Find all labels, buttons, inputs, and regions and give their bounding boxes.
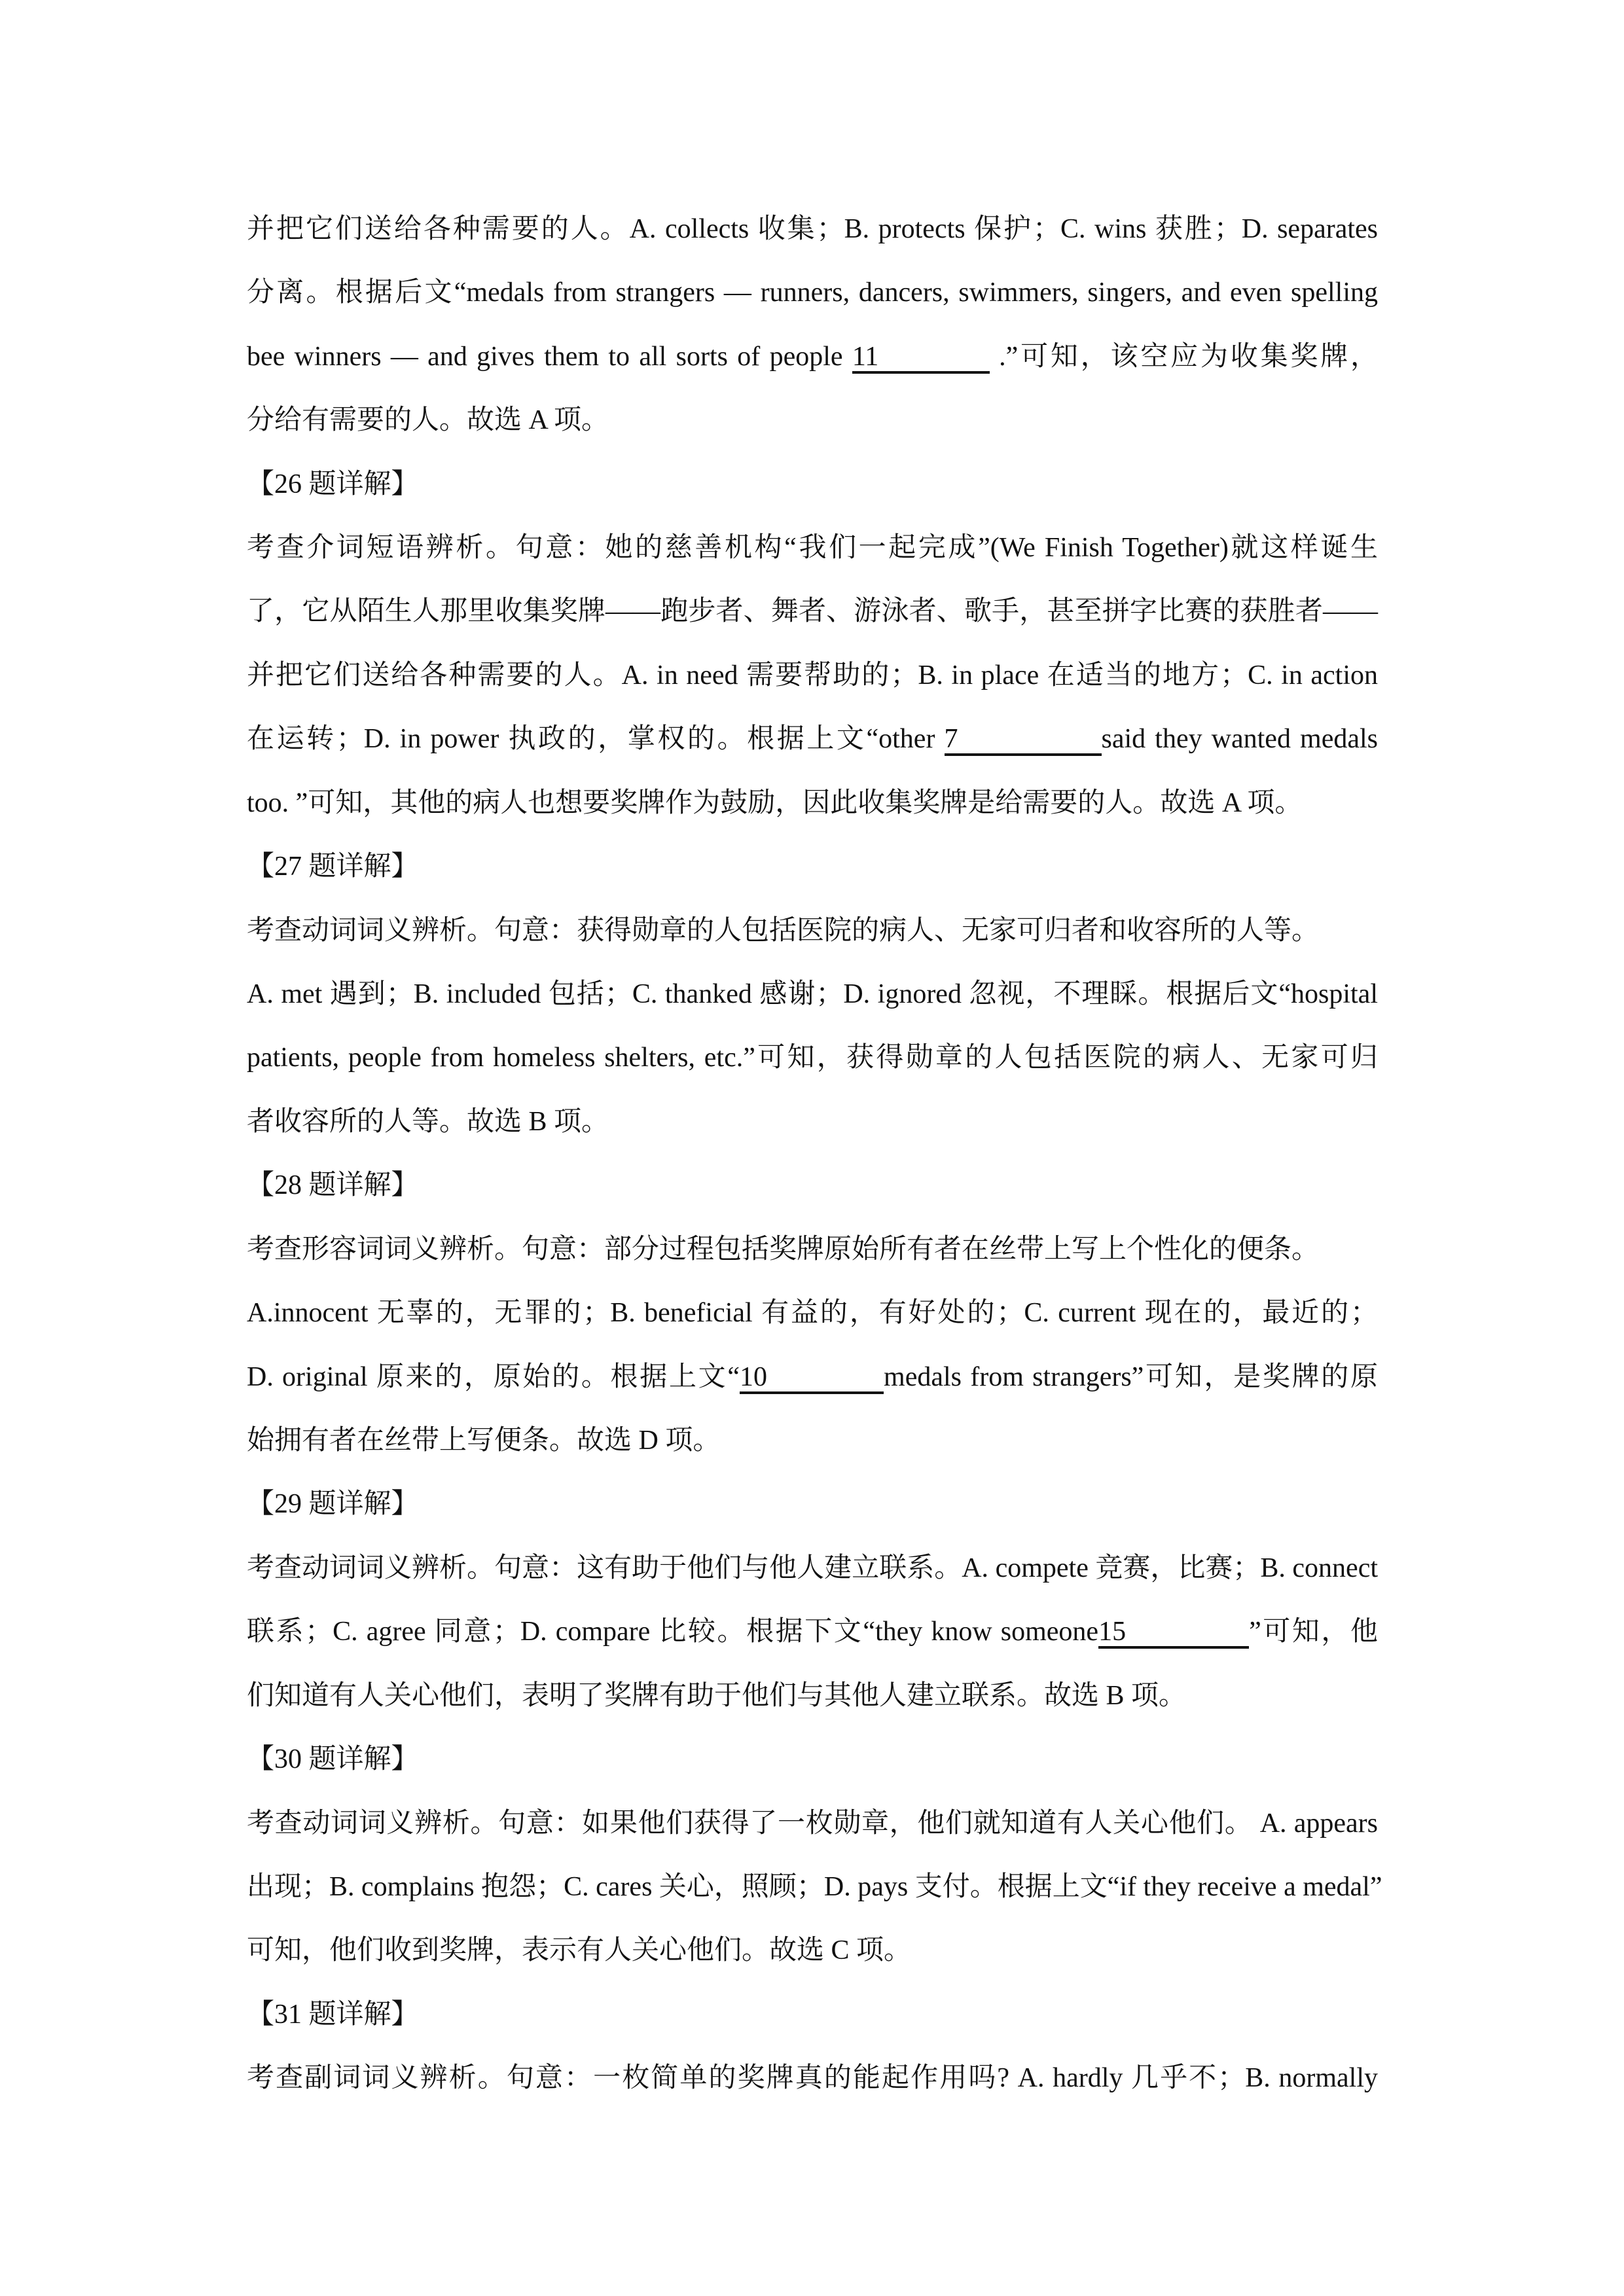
text-line: D. original 原来的，原始的。根据上文“10medals from s…: [247, 1346, 1378, 1409]
text-line: 们知道有人关心他们，表明了奖牌有助于他们与其他人建立联系。故选 B 项。: [247, 1664, 1378, 1728]
text-line: 在运转；D. in power 执政的，掌权的。根据上文“other 7said…: [247, 708, 1378, 771]
text-line: 分离。根据后文“medals from strangers — runners,…: [247, 261, 1378, 325]
line-text: 联系；C. agree 同意；D. compare 比较。根据下文“they k…: [247, 1617, 1098, 1647]
section-heading: 【30 题详解】: [247, 1728, 1378, 1791]
section-heading: 【31 题详解】: [247, 1983, 1378, 2047]
line-text: ”可知，他: [1249, 1617, 1378, 1647]
text-line: bee winners — and gives them to all sort…: [247, 325, 1378, 389]
text-line: 分给有需要的人。故选 A 项。: [247, 389, 1378, 452]
blank-number: 7: [945, 725, 1102, 756]
line-text: 可知，他们收到奖牌，表示有人关心他们。故选 C 项。: [247, 1935, 911, 1965]
text-line: A.innocent 无辜的，无罪的；B. beneficial 有益的，有好处…: [247, 1282, 1378, 1345]
line-text: 考查动词词义辨析。句意：如果他们获得了一枚勋章，他们就知道有人关心他们。 A. …: [247, 1808, 1378, 1839]
line-text: 在运转；D. in power 执政的，掌权的。根据上文“other: [247, 724, 945, 754]
text-line: too. ”可知，其他的病人也想要奖牌作为鼓励，因此收集奖牌是给需要的人。故选 …: [247, 772, 1378, 835]
line-text: 出现；B. complains 抱怨；C. cares 关心，照顾；D. pay…: [247, 1872, 1382, 1902]
line-text: 考查介词短语辨析。句意：她的慈善机构“我们一起完成”(We Finish Tog…: [247, 533, 1378, 563]
line-text: patients, people from homeless shelters,…: [247, 1043, 1378, 1073]
line-text: 并把它们送给各种需要的人。A. in need 需要帮助的；B. in plac…: [247, 660, 1378, 691]
text-line: 考查介词短语辨析。句意：她的慈善机构“我们一起完成”(We Finish Tog…: [247, 516, 1378, 580]
line-text: 分离。根据后文“medals from strangers — runners,…: [247, 278, 1378, 308]
text-line: 联系；C. agree 同意；D. compare 比较。根据下文“they k…: [247, 1600, 1378, 1664]
text-line: 考查动词词义辨析。句意：这有助于他们与他人建立联系。A. compete 竞赛，…: [247, 1537, 1378, 1600]
section-heading: 【29 题详解】: [247, 1473, 1378, 1536]
text-line: 并把它们送给各种需要的人。A. in need 需要帮助的；B. in plac…: [247, 644, 1378, 708]
line-text: 考查形容词词义辨析。句意：部分过程包括奖牌原始所有者在丝带上写上个性化的便条。: [247, 1234, 1319, 1265]
heading-text: 【28 题详解】: [247, 1170, 419, 1200]
heading-text: 【31 题详解】: [247, 2000, 419, 2030]
section-heading: 【26 题详解】: [247, 453, 1378, 516]
line-text: 始拥有者在丝带上写便条。故选 D 项。: [247, 1426, 720, 1456]
line-text: medals from strangers”可知，是奖牌的原: [884, 1362, 1378, 1392]
line-text: 们知道有人关心他们，表明了奖牌有助于他们与其他人建立联系。故选 B 项。: [247, 1681, 1186, 1711]
line-text: 了，它从陌生人那里收集奖牌——跑步者、舞者、游泳者、歌手，甚至拼字比赛的获胜者—…: [247, 596, 1378, 626]
text-line: 出现；B. complains 抱怨；C. cares 关心，照顾；D. pay…: [247, 1856, 1378, 1919]
text-line: 者收容所的人等。故选 B 项。: [247, 1090, 1378, 1154]
blank-number: 10: [740, 1363, 884, 1394]
line-text: A. met 遇到；B. included 包括；C. thanked 感谢；D…: [247, 979, 1378, 1009]
document-page: 并把它们送给各种需要的人。A. collects 收集；B. protects …: [0, 0, 1624, 2296]
line-text: 考查动词词义辨析。句意：获得勋章的人包括医院的病人、无家可归者和收容所的人等。: [247, 916, 1319, 946]
text-line: patients, people from homeless shelters,…: [247, 1026, 1378, 1090]
line-text: 者收容所的人等。故选 B 项。: [247, 1107, 609, 1137]
text-line: 考查副词词义辨析。句意：一枚简单的奖牌真的能起作用吗? A. hardly 几乎…: [247, 2047, 1378, 2110]
heading-text: 【29 题详解】: [247, 1489, 419, 1519]
text-line: 始拥有者在丝带上写便条。故选 D 项。: [247, 1409, 1378, 1473]
text-line: 可知，他们收到奖牌，表示有人关心他们。故选 C 项。: [247, 1919, 1378, 1982]
section-heading: 【28 题详解】: [247, 1154, 1378, 1217]
section-heading: 【27 题详解】: [247, 835, 1378, 899]
text-line: 并把它们送给各种需要的人。A. collects 收集；B. protects …: [247, 198, 1378, 261]
heading-text: 【26 题详解】: [247, 469, 419, 499]
heading-text: 【30 题详解】: [247, 1744, 419, 1774]
text-line: A. met 遇到；B. included 包括；C. thanked 感谢；D…: [247, 963, 1378, 1026]
line-text: 分给有需要的人。故选 A 项。: [247, 405, 609, 435]
line-text: .”可知，该空应为收集奖牌，: [990, 342, 1378, 372]
line-text: D. original 原来的，原始的。根据上文“: [247, 1362, 740, 1392]
line-text: 考查副词词义辨析。句意：一枚简单的奖牌真的能起作用吗? A. hardly 几乎…: [247, 2063, 1378, 2093]
text-line: 考查形容词词义辨析。句意：部分过程包括奖牌原始所有者在丝带上写上个性化的便条。: [247, 1218, 1378, 1282]
line-text: bee winners — and gives them to all sort…: [247, 342, 852, 372]
text-line: 考查动词词义辨析。句意：如果他们获得了一枚勋章，他们就知道有人关心他们。 A. …: [247, 1792, 1378, 1856]
heading-text: 【27 题详解】: [247, 852, 419, 882]
line-text: A.innocent 无辜的，无罪的；B. beneficial 有益的，有好处…: [247, 1298, 1378, 1328]
blank-number: 15: [1098, 1617, 1249, 1649]
text-line: 了，它从陌生人那里收集奖牌——跑步者、舞者、游泳者、歌手，甚至拼字比赛的获胜者—…: [247, 580, 1378, 643]
line-text: said they wanted medals: [1102, 724, 1378, 754]
text-line: 考查动词词义辨析。句意：获得勋章的人包括医院的病人、无家可归者和收容所的人等。: [247, 899, 1378, 963]
blank-number: 11: [852, 342, 990, 374]
line-text: too. ”可知，其他的病人也想要奖牌作为鼓励，因此收集奖牌是给需要的人。故选 …: [247, 788, 1302, 818]
line-text: 考查动词词义辨析。句意：这有助于他们与他人建立联系。A. compete 竞赛，…: [247, 1553, 1378, 1583]
line-text: 并把它们送给各种需要的人。A. collects 收集；B. protects …: [247, 214, 1378, 244]
